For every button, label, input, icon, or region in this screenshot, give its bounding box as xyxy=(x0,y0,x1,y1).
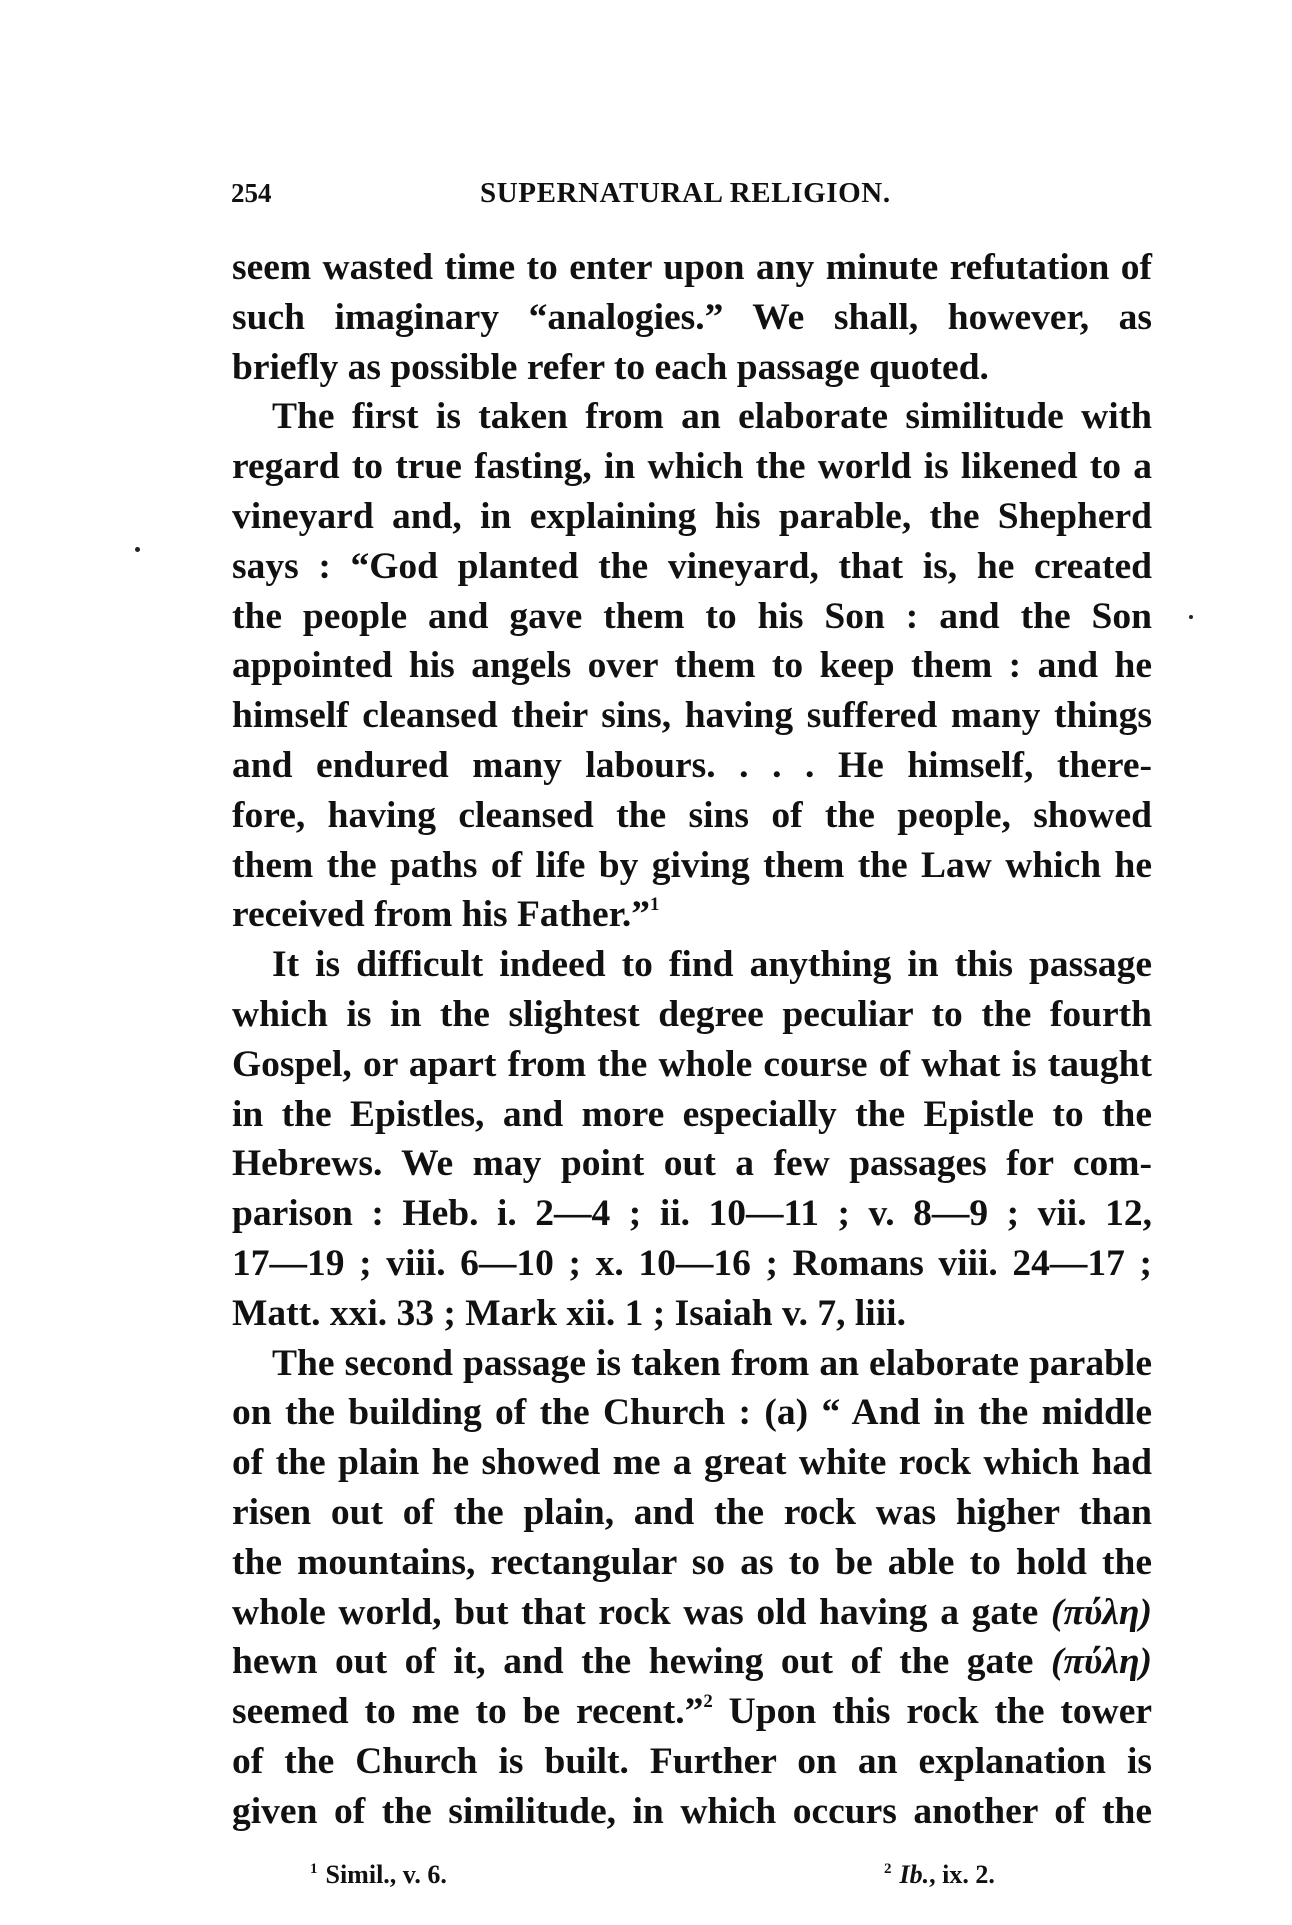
text-line: fore, having cleansed the sins of the pe… xyxy=(232,791,1152,841)
footnotes: 1Simil., v. 6. 2Ib., ix. 2. xyxy=(0,1852,1292,1892)
footnote-marker: 2 xyxy=(884,1861,892,1877)
text-fragment: seemed to me to be recent.” xyxy=(232,1691,703,1732)
text-line: seem wasted time to enter upon any minut… xyxy=(232,243,1152,293)
text-line: of the plain he showed me a great white … xyxy=(232,1438,1152,1488)
footnote-ref-1[interactable]: 1 xyxy=(650,894,659,915)
paragraph-start-line: The first is taken from an elaborate sim… xyxy=(232,392,1152,442)
text-line: parison : Heb. i. 2—4 ; ii. 10—11 ; v. 8… xyxy=(232,1189,1152,1239)
paragraph-start-line: The second passage is taken from an elab… xyxy=(232,1339,1152,1389)
text-line: and endured many labours. . . . He himse… xyxy=(232,741,1152,791)
greek-word: (πύλη) xyxy=(1051,1641,1152,1682)
paragraph-start-line: It is difficult indeed to find anything … xyxy=(232,940,1152,990)
text-line: of the Church is built. Further on an ex… xyxy=(232,1737,1152,1787)
footnote-2: 2Ib., ix. 2. xyxy=(884,1852,995,1892)
footnote-italic: Ib. xyxy=(900,1860,930,1889)
footnote-marker: 1 xyxy=(310,1861,318,1877)
greek-word: (πύλη) xyxy=(1051,1592,1152,1633)
text-line: 17—19 ; viii. 6—10 ; x. 10—16 ; Romans v… xyxy=(232,1239,1152,1289)
text-line: appointed his angels over them to keep t… xyxy=(232,641,1152,691)
text-fragment: whole world, but that rock was old havin… xyxy=(232,1592,1038,1633)
text-line: received from his Father.”1 xyxy=(232,890,1152,940)
text-line: which is in the slightest degree peculia… xyxy=(232,990,1152,1040)
text-line: Matt. xxi. 33 ; Mark xii. 1 ; Isaiah v. … xyxy=(232,1289,1152,1339)
text-line: on the building of the Church : (a) “ An… xyxy=(232,1388,1152,1438)
text-line: says : “God planted the vineyard, that i… xyxy=(232,542,1152,592)
footnote-ref-2[interactable]: 2 xyxy=(703,1691,712,1712)
text-line: given of the similitude, in which occurs… xyxy=(232,1787,1152,1837)
text-line: in the Epistles, and more especially the… xyxy=(232,1090,1152,1140)
body-text: seem wasted time to enter upon any minut… xyxy=(232,243,1152,1837)
text-line: briefly as possible refer to each passag… xyxy=(232,343,1152,393)
text-line: the mountains, rectangular so as to be a… xyxy=(232,1538,1152,1588)
text-line: Hebrews. We may point out a few passages… xyxy=(232,1139,1152,1189)
text-line: such imaginary “analogies.” We shall, ho… xyxy=(232,293,1152,343)
page-number: 254 xyxy=(231,176,272,210)
footnote-text: Simil., v. 6. xyxy=(326,1860,447,1889)
text-fragment: Upon this rock the tower xyxy=(729,1691,1152,1732)
footnote-1: 1Simil., v. 6. xyxy=(310,1852,447,1892)
text-line: Gospel, or apart from the whole course o… xyxy=(232,1040,1152,1090)
text-line: seemed to me to be recent.”2 Upon this r… xyxy=(232,1687,1152,1737)
footnote-text: , ix. 2. xyxy=(929,1860,995,1889)
text-line: himself cleansed their sins, having suff… xyxy=(232,691,1152,741)
text-line: vineyard and, in explaining his parable,… xyxy=(232,492,1152,542)
text-line: the people and gave them to his Son : an… xyxy=(232,592,1152,642)
running-title: SUPERNATURAL RELIGION. xyxy=(480,176,891,210)
text-fragment: received from his Father.” xyxy=(232,894,650,935)
text-line: regard to true fasting, in which the wor… xyxy=(232,442,1152,492)
text-line: whole world, but that rock was old havin… xyxy=(232,1588,1152,1638)
text-line: hewn out of it, and the hewing out of th… xyxy=(232,1637,1152,1687)
text-line: risen out of the plain, and the rock was… xyxy=(232,1488,1152,1538)
scan-speck xyxy=(135,547,140,552)
book-page: 254 SUPERNATURAL RELIGION. seem wasted t… xyxy=(0,0,1292,1925)
text-line: them the paths of life by giving them th… xyxy=(232,841,1152,891)
running-head: 254 SUPERNATURAL RELIGION. xyxy=(231,176,1152,210)
scan-speck xyxy=(1189,615,1193,619)
text-fragment: hewn out of it, and the hewing out of th… xyxy=(232,1641,1033,1682)
